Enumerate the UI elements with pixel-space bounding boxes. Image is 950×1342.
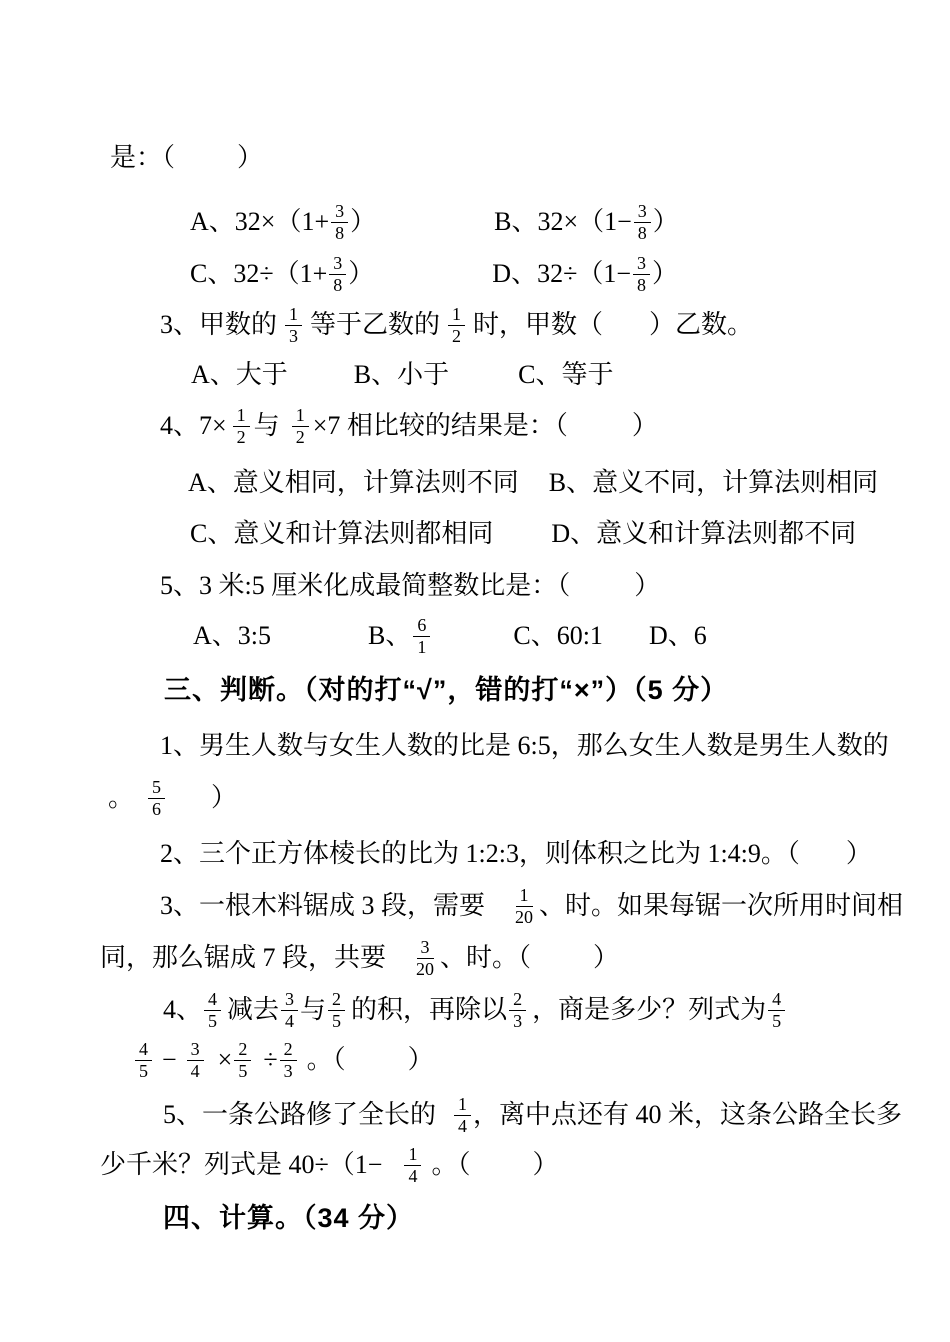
text-segment: D、意义和计算法则都不同 xyxy=(551,521,856,547)
fraction-numerator: 3 xyxy=(633,253,650,275)
gap xyxy=(376,222,494,223)
text-segment: ） xyxy=(653,209,679,235)
fraction-denominator: 4 xyxy=(187,1061,204,1082)
text-segment: B、32×（1− xyxy=(494,209,632,235)
gap xyxy=(206,1060,218,1061)
fraction-numerator: 1 xyxy=(285,304,302,326)
question-2-tail-blank: 是：（） xyxy=(110,128,263,188)
text-segment: 是：（ xyxy=(110,145,175,171)
gap xyxy=(253,1060,263,1061)
text-segment: 等于乙数的 xyxy=(310,312,440,338)
gap xyxy=(299,1060,307,1061)
text-segment: − xyxy=(162,1047,177,1073)
fraction-numerator: 4 xyxy=(204,989,221,1011)
gap xyxy=(154,1060,162,1061)
text-segment: ）乙数。 xyxy=(649,312,753,338)
fraction-denominator: 2 xyxy=(448,326,465,347)
fraction-denominator: 8 xyxy=(633,275,650,296)
fraction: 14 xyxy=(454,1094,471,1136)
fraction: 13 xyxy=(285,304,302,346)
text-segment: B、意义不同，计算法则相同 xyxy=(549,470,878,496)
gap xyxy=(346,1060,408,1061)
gap xyxy=(280,426,290,427)
fraction: 25 xyxy=(234,1039,251,1081)
text-segment: 四、计算。（34 分） xyxy=(163,1205,414,1232)
text-segment: 5、3 米:5 厘米化成最简整数比是：（ xyxy=(160,573,570,599)
fraction-numerator: 3 xyxy=(329,253,346,275)
fraction-numerator: 1 xyxy=(233,405,250,427)
fraction: 38 xyxy=(329,253,346,295)
text-segment: 2、三个正方体棱长的比为 1:2:3，则体积之比为 1:4:9。（ xyxy=(160,841,800,867)
text-segment: × xyxy=(218,1047,233,1073)
text-segment: 同，那么锯成 7 段，共要 xyxy=(100,945,386,971)
text-segment: 与 xyxy=(300,997,326,1023)
fraction: 12 xyxy=(448,304,465,346)
text-segment: 的积，再除以 xyxy=(351,997,507,1023)
gap xyxy=(423,1165,431,1166)
fraction: 14 xyxy=(404,1144,421,1186)
text-segment: ，离中点还有 40 米，这条公路全长多 xyxy=(473,1102,902,1128)
fraction-numerator: 4 xyxy=(135,1039,152,1061)
gap xyxy=(603,636,649,637)
text-segment: ） xyxy=(652,261,678,287)
fraction: 38 xyxy=(634,201,651,243)
text-segment: ） xyxy=(211,785,237,811)
q2-choice-row-ab: A、32×（1+38）B、32×（1−38） xyxy=(190,192,679,252)
text-segment: 3、甲数的 xyxy=(160,312,277,338)
fraction: 12 xyxy=(292,405,309,447)
fraction-numerator: 3 xyxy=(187,1039,204,1061)
gap xyxy=(449,375,518,376)
fraction-numerator: 1 xyxy=(516,885,533,907)
text-segment: ） xyxy=(350,209,376,235)
fraction-denominator: 3 xyxy=(285,326,302,347)
text-segment: 与 xyxy=(254,413,280,439)
fraction-denominator: 8 xyxy=(329,275,346,296)
gap xyxy=(167,798,211,799)
fraction-denominator: 3 xyxy=(280,1061,297,1082)
gap xyxy=(440,325,446,326)
fraction-numerator: 5 xyxy=(148,777,165,799)
fraction-numerator: 2 xyxy=(280,1039,297,1061)
fraction: 23 xyxy=(280,1039,297,1081)
gap xyxy=(568,426,632,427)
gap xyxy=(374,274,492,275)
gap xyxy=(271,636,368,637)
fraction-denominator: 5 xyxy=(234,1061,251,1082)
fraction-denominator: 5 xyxy=(135,1061,152,1082)
gap xyxy=(531,958,593,959)
text-segment: ） xyxy=(632,413,658,439)
text-segment: 。 xyxy=(108,785,134,811)
text-segment: A、大于 xyxy=(191,362,288,388)
fraction-denominator: 4 xyxy=(404,1166,421,1187)
judge-question-1-cont: 。56） xyxy=(108,768,237,828)
text-segment: 1、男生人数与女生人数的比是 6:5，那么女生人数是男生人数的 xyxy=(160,733,889,759)
text-segment: 5、一条公路修了全长的 xyxy=(163,1102,436,1128)
text-segment: C、等于 xyxy=(518,362,613,388)
fraction: 120 xyxy=(511,885,537,927)
fraction-numerator: 3 xyxy=(281,989,298,1011)
fraction-denominator: 5 xyxy=(204,1011,221,1032)
section-4-heading: 四、计算。（34 分） xyxy=(163,1188,414,1248)
text-segment: 少千米？列式是 40÷（1− xyxy=(100,1152,382,1178)
text-segment: A、32×（1+ xyxy=(190,209,329,235)
fraction-numerator: 4 xyxy=(768,989,785,1011)
fraction: 45 xyxy=(768,989,785,1031)
gap xyxy=(436,1115,452,1116)
exam-document-page: 是：（）A、32×（1+38）B、32×（1−38）C、32÷（1+38）D、3… xyxy=(0,0,950,1342)
fraction-numerator: 1 xyxy=(404,1144,421,1166)
judge-question-3-cont: 同，那么锯成 7 段，共要320、时。（） xyxy=(100,928,619,988)
gap xyxy=(485,906,509,907)
fraction-denominator: 4 xyxy=(454,1116,471,1137)
gap xyxy=(493,534,551,535)
gap xyxy=(175,158,237,159)
text-segment: ） xyxy=(634,573,660,599)
fraction: 45 xyxy=(204,989,221,1031)
fraction-numerator: 1 xyxy=(454,1094,471,1116)
text-segment: B、 xyxy=(368,623,411,649)
fraction: 23 xyxy=(509,989,526,1031)
fraction: 38 xyxy=(331,201,348,243)
text-segment: 时，甲数（ xyxy=(473,312,603,338)
fraction-numerator: 1 xyxy=(448,304,465,326)
fraction-denominator: 20 xyxy=(412,959,438,980)
text-segment: A、意义相同，计算法则不同 xyxy=(188,470,519,496)
text-segment: D、32÷（1− xyxy=(492,261,631,287)
gap xyxy=(603,325,649,326)
gap xyxy=(432,636,513,637)
text-segment: ） xyxy=(237,145,263,171)
fraction-denominator: 20 xyxy=(511,907,537,928)
fraction-numerator: 3 xyxy=(634,201,651,223)
gap xyxy=(386,958,410,959)
text-segment: C、32÷（1+ xyxy=(190,261,327,287)
text-segment: 3、一根木料锯成 3 段，需要 xyxy=(160,893,485,919)
text-segment: 。（ xyxy=(431,1152,470,1178)
text-segment: C、60:1 xyxy=(513,623,603,649)
judge-question-4-cont: 45−34×25÷23。（） xyxy=(133,1030,434,1090)
text-segment: ） xyxy=(348,261,374,287)
fraction-denominator: 4 xyxy=(281,1011,298,1032)
text-segment: 、时。如果每锯一次所用时间相 xyxy=(539,893,903,919)
fraction-denominator: 8 xyxy=(634,223,651,244)
text-segment: 减去 xyxy=(227,997,279,1023)
q4-choice-row-cd: C、意义和计算法则都相同D、意义和计算法则都不同 xyxy=(190,504,856,564)
text-segment: D、6 xyxy=(649,623,707,649)
text-segment: ） xyxy=(846,841,872,867)
fraction-numerator: 1 xyxy=(292,405,309,427)
fraction-numerator: 2 xyxy=(509,989,526,1011)
text-segment: 。（ xyxy=(307,1047,346,1073)
text-segment: ，商是多少？列式为 xyxy=(532,997,766,1023)
text-segment: 、时。（ xyxy=(440,945,531,971)
fraction: 45 xyxy=(135,1039,152,1081)
fraction-denominator: 6 xyxy=(148,799,165,820)
gap xyxy=(800,854,846,855)
gap xyxy=(470,1165,532,1166)
section-3-heading: 三、判断。（对的打“√”，错的打“×”）（5 分） xyxy=(164,660,728,720)
gap xyxy=(227,426,231,427)
fraction: 25 xyxy=(328,989,345,1031)
text-segment: ） xyxy=(593,945,619,971)
gap xyxy=(134,798,146,799)
gap xyxy=(177,1060,185,1061)
gap xyxy=(288,375,354,376)
fraction-numerator: 3 xyxy=(417,937,434,959)
text-segment: ÷ xyxy=(263,1047,277,1073)
fraction-numerator: 2 xyxy=(234,1039,251,1061)
fraction-denominator: 5 xyxy=(328,1011,345,1032)
gap xyxy=(519,483,549,484)
gap xyxy=(382,1165,402,1166)
fraction: 56 xyxy=(148,777,165,819)
question-4: 4、7×12与12×7 相比较的结果是：（） xyxy=(160,396,658,456)
judge-question-5-cont: 少千米？列式是 40÷（1−14。（） xyxy=(100,1135,558,1195)
gap xyxy=(277,325,283,326)
text-segment: 4、 xyxy=(163,997,202,1023)
fraction-denominator: 5 xyxy=(768,1011,785,1032)
fraction: 34 xyxy=(187,1039,204,1081)
q5-choice-row: A、3:5B、61C、60:1D、6 xyxy=(193,606,707,666)
fraction-numerator: 3 xyxy=(331,201,348,223)
judge-question-1: 1、男生人数与女生人数的比是 6:5，那么女生人数是男生人数的 xyxy=(160,716,889,776)
text-segment: C、意义和计算法则都相同 xyxy=(190,521,493,547)
fraction: 61 xyxy=(413,615,430,657)
fraction: 320 xyxy=(412,937,438,979)
text-segment: ） xyxy=(408,1047,434,1073)
fraction-denominator: 1 xyxy=(413,637,430,658)
fraction-denominator: 2 xyxy=(292,427,309,448)
gap xyxy=(570,586,634,587)
text-segment: A、3:5 xyxy=(193,623,271,649)
text-segment: ） xyxy=(532,1152,558,1178)
text-segment: 三、判断。（对的打“√”，错的打“×”）（5 分） xyxy=(164,677,728,704)
judge-question-3: 3、一根木料锯成 3 段，需要120、时。如果每锯一次所用时间相 xyxy=(160,876,903,936)
fraction: 12 xyxy=(233,405,250,447)
text-segment: 4、7× xyxy=(160,413,227,439)
text-segment: ×7 相比较的结果是：（ xyxy=(313,413,568,439)
fraction: 34 xyxy=(281,989,298,1031)
fraction-denominator: 3 xyxy=(509,1011,526,1032)
judge-question-2: 2、三个正方体棱长的比为 1:2:3，则体积之比为 1:4:9。（） xyxy=(160,824,872,884)
fraction-numerator: 2 xyxy=(328,989,345,1011)
fraction-denominator: 2 xyxy=(233,427,250,448)
fraction-numerator: 6 xyxy=(413,615,430,637)
fraction: 38 xyxy=(633,253,650,295)
text-segment: B、小于 xyxy=(354,362,449,388)
fraction-denominator: 8 xyxy=(331,223,348,244)
